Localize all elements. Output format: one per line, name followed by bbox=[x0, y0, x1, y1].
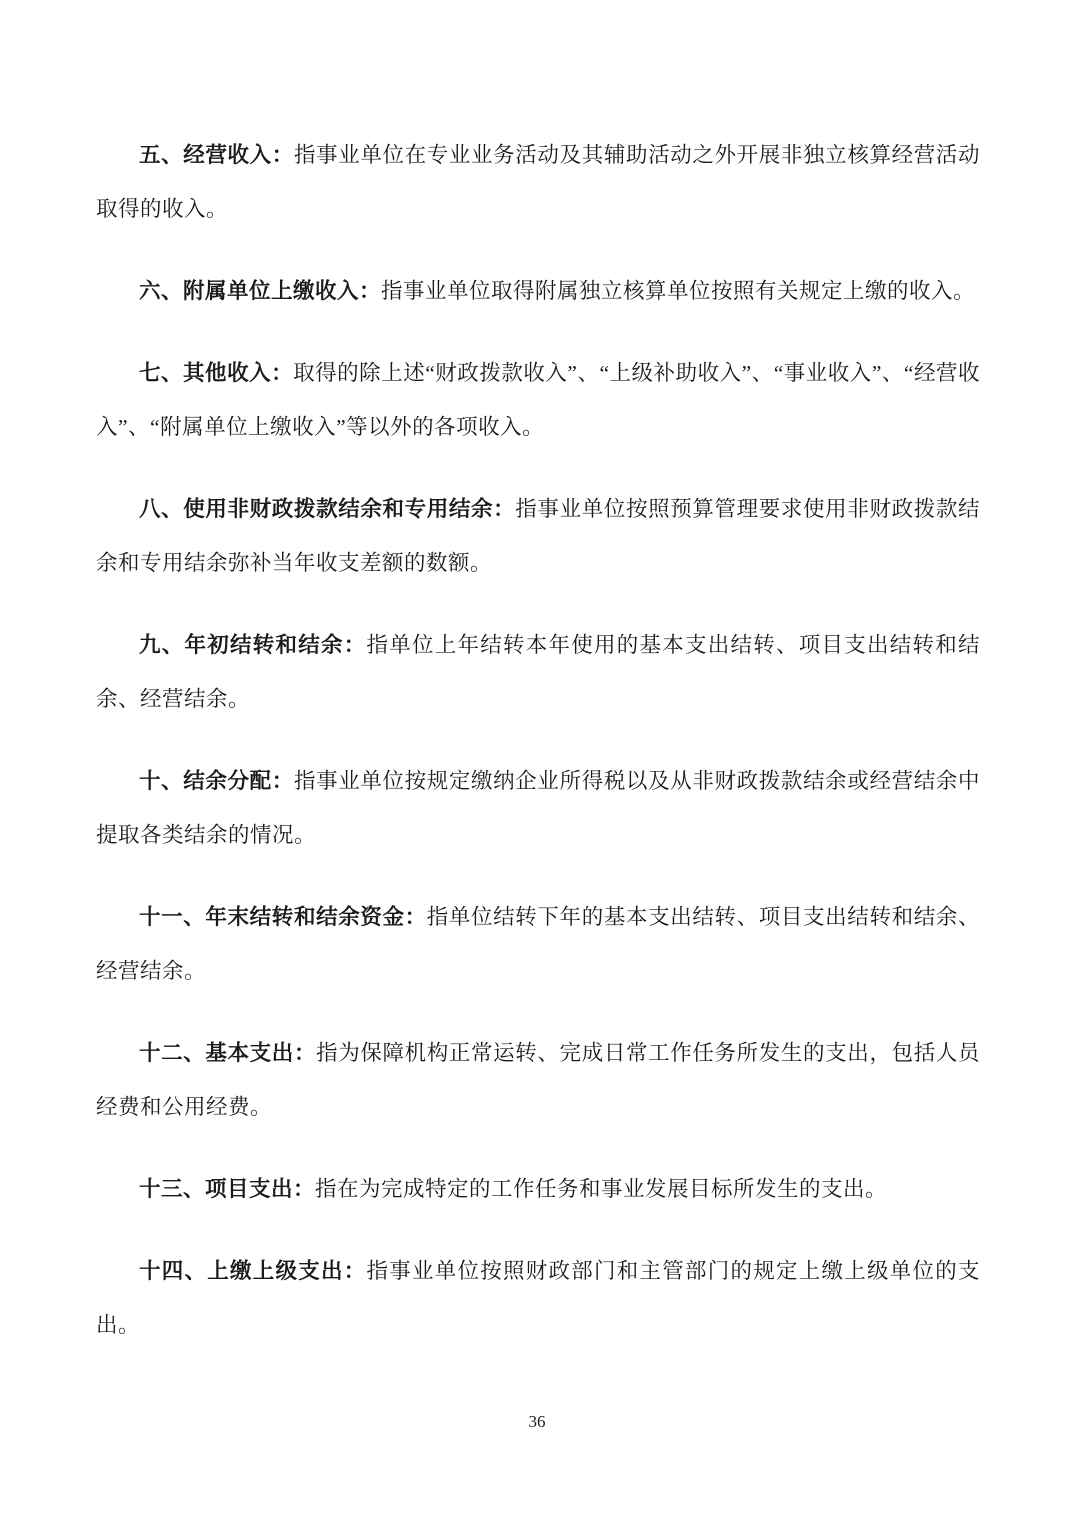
term-label: 五、经营收入： bbox=[139, 143, 294, 167]
definition-paragraph: 七、其他收入：取得的除上述“财政拨款收入”、“上级补助收入”、“事业收入”、“经… bbox=[96, 346, 980, 454]
term-label: 六、附属单位上缴收入： bbox=[139, 279, 381, 303]
term-label: 十四、上缴上级支出： bbox=[139, 1259, 367, 1283]
definition-paragraph: 八、使用非财政拨款结余和专用结余：指事业单位按照预算管理要求使用非财政拨款结余和… bbox=[96, 482, 980, 590]
term-label: 九、年初结转和结余： bbox=[139, 633, 367, 657]
term-label: 十二、基本支出： bbox=[139, 1041, 316, 1065]
definition-paragraph: 十一、年末结转和结余资金：指单位结转下年的基本支出结转、项目支出结转和结余、经营… bbox=[96, 890, 980, 998]
definition-paragraph: 十四、上缴上级支出：指事业单位按照财政部门和主管部门的规定上缴上级单位的支出。 bbox=[96, 1244, 980, 1352]
definition-paragraph: 十、结余分配：指事业单位按规定缴纳企业所得税以及从非财政拨款结余或经营结余中提取… bbox=[96, 754, 980, 862]
definition-paragraph: 十二、基本支出：指为保障机构正常运转、完成日常工作任务所发生的支出，包括人员经费… bbox=[96, 1026, 980, 1134]
definition-paragraph: 十三、项目支出：指在为完成特定的工作任务和事业发展目标所发生的支出。 bbox=[96, 1162, 980, 1216]
definition-paragraph: 五、经营收入：指事业单位在专业业务活动及其辅助活动之外开展非独立核算经营活动取得… bbox=[96, 128, 980, 236]
term-label: 十一、年末结转和结余资金： bbox=[139, 905, 427, 929]
term-label: 十三、项目支出： bbox=[139, 1177, 315, 1201]
term-label: 十、结余分配： bbox=[139, 769, 294, 793]
term-definition: 指事业单位取得附属独立核算单位按照有关规定上缴的收入。 bbox=[381, 279, 975, 303]
page-number: 36 bbox=[0, 1410, 1074, 1434]
term-label: 八、使用非财政拨款结余和专用结余： bbox=[139, 497, 515, 521]
document-page: 五、经营收入：指事业单位在专业业务活动及其辅助活动之外开展非独立核算经营活动取得… bbox=[0, 0, 1074, 1520]
term-definition: 指在为完成特定的工作任务和事业发展目标所发生的支出。 bbox=[315, 1177, 887, 1201]
document-body: 五、经营收入：指事业单位在专业业务活动及其辅助活动之外开展非独立核算经营活动取得… bbox=[0, 0, 1074, 1352]
definition-paragraph: 六、附属单位上缴收入：指事业单位取得附属独立核算单位按照有关规定上缴的收入。 bbox=[96, 264, 980, 318]
definition-paragraph: 九、年初结转和结余：指单位上年结转本年使用的基本支出结转、项目支出结转和结余、经… bbox=[96, 618, 980, 726]
term-label: 七、其他收入： bbox=[139, 361, 293, 385]
